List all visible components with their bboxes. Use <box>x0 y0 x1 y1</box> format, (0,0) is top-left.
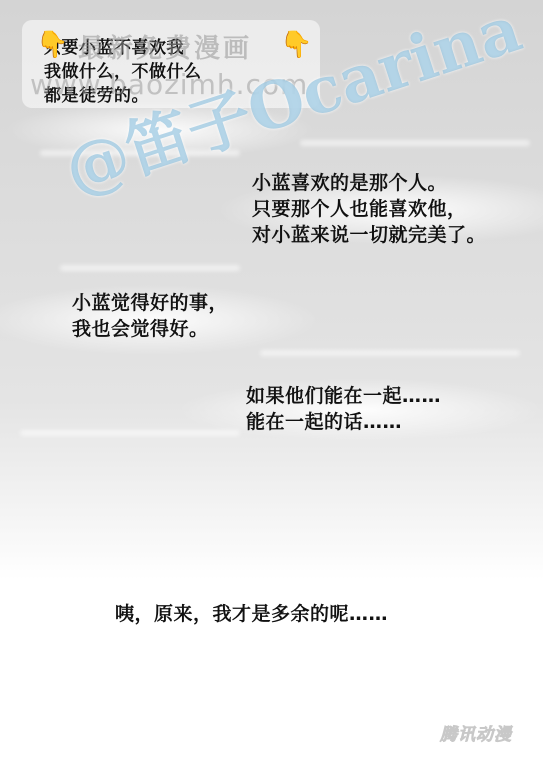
cloud-streak <box>300 140 530 146</box>
site-banner-watermark: 最新免费漫画 <box>78 28 252 65</box>
cloud-streak <box>20 430 240 436</box>
cloud-streak <box>260 350 520 356</box>
caption-3: 小蓝觉得好的事， 我也会觉得好。 <box>72 290 228 342</box>
caption-5: 咦，原来，我才是多余的呢…… <box>115 601 388 627</box>
pointing-down-hand-icon: 👇 <box>36 30 68 60</box>
caption-2: 小蓝喜欢的是那个人。 只要那个人也能喜欢他， 对小蓝来说一切就完美了。 <box>252 170 486 248</box>
caption-4: 如果他们能在一起…… 能在一起的话…… <box>246 383 441 435</box>
publisher-logo: 腾讯动漫 <box>440 720 512 745</box>
cloud-streak <box>60 265 240 271</box>
